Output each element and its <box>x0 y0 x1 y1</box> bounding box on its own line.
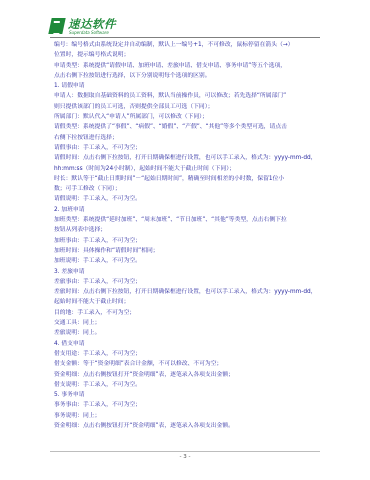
paragraph-line: 加班时间：具体操作和“请假时间”相同； <box>54 246 320 256</box>
paragraph-line: 数；可手工修改（下同）； <box>54 184 320 194</box>
logo-subtitle: Superdata Software <box>69 30 109 35</box>
logo-s-icon <box>48 18 65 34</box>
company-logo: 速达软件 Superdata Software <box>50 16 138 38</box>
paragraph-line: 按钮从列表中选择； <box>54 225 320 235</box>
paragraph-line: 请假时间：点击右侧下拉按钮，打开日期确保框进行设置，也可以手工录入，格式为：yy… <box>54 153 320 163</box>
paragraph-line: 借支金额：等于“资金明细”表合计金额，不可以修改、不可为空； <box>54 359 320 369</box>
paragraph-line: 申请人：数据取自基础资料的员工资料，默认当前操作员，可以修改；若先选择“所属部门… <box>54 91 320 101</box>
paragraph-line: 差旅说明：同上。 <box>54 328 320 338</box>
paragraph-line: 则只提供该部门的员工可选，否则提供全部员工可选（下同）； <box>54 102 320 112</box>
section-heading: 2. 加班申请 <box>54 205 320 215</box>
paragraph-line: 目的地：手工录入，不可为空； <box>54 308 320 318</box>
paragraph-line: 时长：默认等于“截止日期时间”－“起始日期时间”，精确至时间相差的小时数，保留1… <box>54 174 320 184</box>
paragraph-line: 右侧下拉按钮进行选择； <box>54 133 320 143</box>
paragraph-line: 起始时间不能大于截止时间； <box>54 297 320 307</box>
paragraph-line: 位置时，提示编号格式说明； <box>54 50 320 60</box>
footer-divider <box>50 451 320 452</box>
header-divider <box>50 37 320 38</box>
paragraph-line: 加班事由：手工录入，不可为空； <box>54 236 320 246</box>
paragraph-line: 资金明细：点击右侧按钮打开“资金明细”表，逐笔录入各项支出金额。 <box>54 421 320 431</box>
paragraph-line: 申请类型：系统提供“请假申请、加班申请、差旅申请、借支申请、事务申请”等五个选项… <box>54 61 320 71</box>
document-body: 编号：编号格式由系统设定并自动编制，默认上一编号+1，不可修改，鼠标停留在箭头（… <box>54 40 320 431</box>
paragraph-line: 加班类型：系统提供“延时加班”、“周末加班”、“节日加班”、“其他”等类型，点击… <box>54 215 320 225</box>
paragraph-line: 交通工具：同上； <box>54 318 320 328</box>
paragraph-line: 差旅时间：点击右侧下拉按钮，打开日期确保框进行设置，也可以手工录入，格式为：yy… <box>54 287 320 297</box>
paragraph-line: 事务说明：同上； <box>54 411 320 421</box>
section-heading: 3. 差旅申请 <box>54 267 320 277</box>
paragraph-line: 加班说明：手工录入，不可为空。 <box>54 256 320 266</box>
paragraph-line: 编号：编号格式由系统设定并自动编制，默认上一编号+1，不可修改，鼠标停留在箭头（… <box>54 40 320 50</box>
paragraph-line: 借支说明：手工录入，不可为空。 <box>54 380 320 390</box>
paragraph-line: 点击右侧下拉按钮进行选择，以下分别说明每个选项的区别。 <box>54 71 320 81</box>
paragraph-line: 请假事由：手工录入，不可为空； <box>54 143 320 153</box>
paragraph-line: 所属部门：默认代入“申请人”所属部门，可以修改（下同）； <box>54 112 320 122</box>
paragraph-line: 借支用途：手工录入，不可为空； <box>54 349 320 359</box>
paragraph-line: 请假类型：系统提供了“事假”、“病假”、“婚假”、“产假”、“其他”等多个类型可… <box>54 122 320 132</box>
paragraph-line: 资金明细：点击右侧按钮打开“资金明细”表，逐笔录入各项支出金额； <box>54 370 320 380</box>
page-number: - 3 - <box>0 454 370 460</box>
paragraph-line: 差旅事由：手工录入，不可为空； <box>54 277 320 287</box>
paragraph-line: 请假说明：手工录入，不可为空。 <box>54 194 320 204</box>
paragraph-line: hh:mm:ss（时间为24小时制），起始时间不能大于截止时间（下同）； <box>54 164 320 174</box>
section-heading: 4. 借支申请 <box>54 339 320 349</box>
paragraph-line: 事务事由：手工录入，不可为空； <box>54 400 320 410</box>
section-heading: 1. 请假申请 <box>54 81 320 91</box>
section-heading: 5. 事务申请 <box>54 390 320 400</box>
